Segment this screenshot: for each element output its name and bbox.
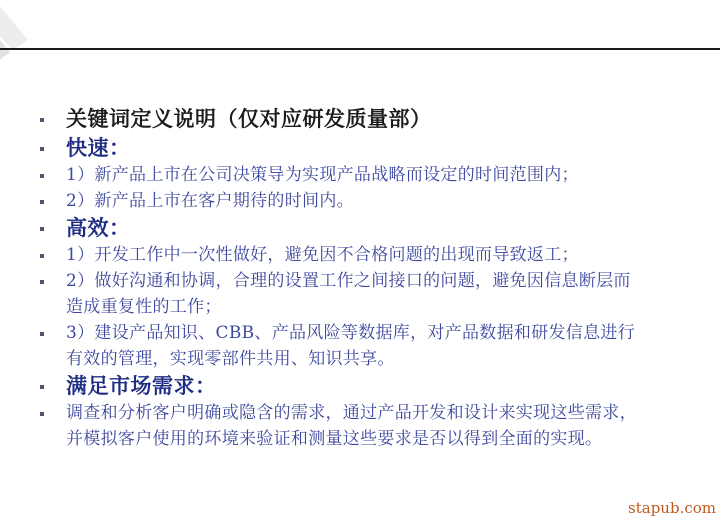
- list-item: 满足市场需求：: [40, 372, 692, 400]
- list-item: 关键词定义说明（仅对应研发质量部）: [40, 104, 692, 134]
- list-item: 高效：: [40, 214, 692, 242]
- bullet-icon: [40, 147, 44, 151]
- list-item-text: 1）开发工作中一次性做好，避免因不合格问题的出现而导致返工；: [66, 242, 579, 268]
- list-item: 1）新产品上市在公司决策导为实现产品战略而设定的时间范围内；: [40, 162, 692, 188]
- bullet-column: [40, 104, 66, 122]
- bullet-icon: [40, 385, 44, 389]
- list-item-text: 有效的管理，实现零部件共用、知识共享。: [66, 346, 395, 372]
- bullet-list: 关键词定义说明（仅对应研发质量部）快速：1）新产品上市在公司决策导为实现产品战略…: [40, 104, 692, 452]
- list-item: 1）开发工作中一次性做好，避免因不合格问题的出现而导致返工；: [40, 242, 692, 268]
- list-item: 造成重复性的工作；: [40, 294, 692, 320]
- list-item-text: 3）建设产品知识、CBB、产品风险等数据库，对产品数据和研发信息进行: [66, 320, 635, 346]
- corner-decoration-icon: [0, 0, 40, 70]
- bullet-icon: [40, 280, 44, 284]
- bullet-column: [40, 346, 66, 362]
- bullet-column: [40, 162, 66, 178]
- list-item: 3）建设产品知识、CBB、产品风险等数据库，对产品数据和研发信息进行: [40, 320, 692, 346]
- bullet-column: [40, 268, 66, 284]
- bullet-icon: [40, 227, 44, 231]
- bullet-icon: [40, 332, 44, 336]
- bullet-icon: [40, 254, 44, 258]
- list-item-text: 调查和分析客户明确或隐含的需求，通过产品开发和设计来实现这些需求，: [66, 400, 637, 426]
- bullet-column: [40, 294, 66, 310]
- bullet-column: [40, 242, 66, 258]
- bullet-column: [40, 214, 66, 231]
- list-item-text: 造成重复性的工作；: [66, 294, 222, 320]
- list-item: 调查和分析客户明确或隐含的需求，通过产品开发和设计来实现这些需求，: [40, 400, 692, 426]
- list-item: 2）做好沟通和协调，合理的设置工作之间接口的问题，避免因信息断层而: [40, 268, 692, 294]
- bullet-column: [40, 320, 66, 336]
- list-item-text: 2）新产品上市在客户期待的时间内。: [66, 188, 354, 214]
- header-rule: [0, 48, 720, 50]
- list-item: 有效的管理，实现零部件共用、知识共享。: [40, 346, 692, 372]
- list-item-text: 关键词定义说明（仅对应研发质量部）: [66, 104, 432, 134]
- bullet-column: [40, 188, 66, 204]
- list-item: 2）新产品上市在客户期待的时间内。: [40, 188, 692, 214]
- watermark-link[interactable]: stapub.com: [628, 499, 716, 517]
- list-item-text: 高效：: [66, 214, 131, 242]
- list-item: 并模拟客户使用的环境来验证和测量这些要求是否以得到全面的实现。: [40, 426, 692, 452]
- list-item-text: 1）新产品上市在公司决策导为实现产品战略而设定的时间范围内；: [66, 162, 579, 188]
- bullet-column: [40, 134, 66, 151]
- list-item-text: 并模拟客户使用的环境来验证和测量这些要求是否以得到全面的实现。: [66, 426, 602, 452]
- bullet-column: [40, 372, 66, 389]
- list-item: 快速：: [40, 134, 692, 162]
- bullet-column: [40, 400, 66, 416]
- list-item-text: 快速：: [66, 134, 131, 162]
- bullet-icon: [40, 412, 44, 416]
- list-item-text: 2）做好沟通和协调，合理的设置工作之间接口的问题，避免因信息断层而: [66, 268, 631, 294]
- bullet-icon: [40, 118, 44, 122]
- bullet-column: [40, 426, 66, 442]
- bullet-icon: [40, 200, 44, 204]
- list-item-text: 满足市场需求：: [66, 372, 217, 400]
- bullet-icon: [40, 174, 44, 178]
